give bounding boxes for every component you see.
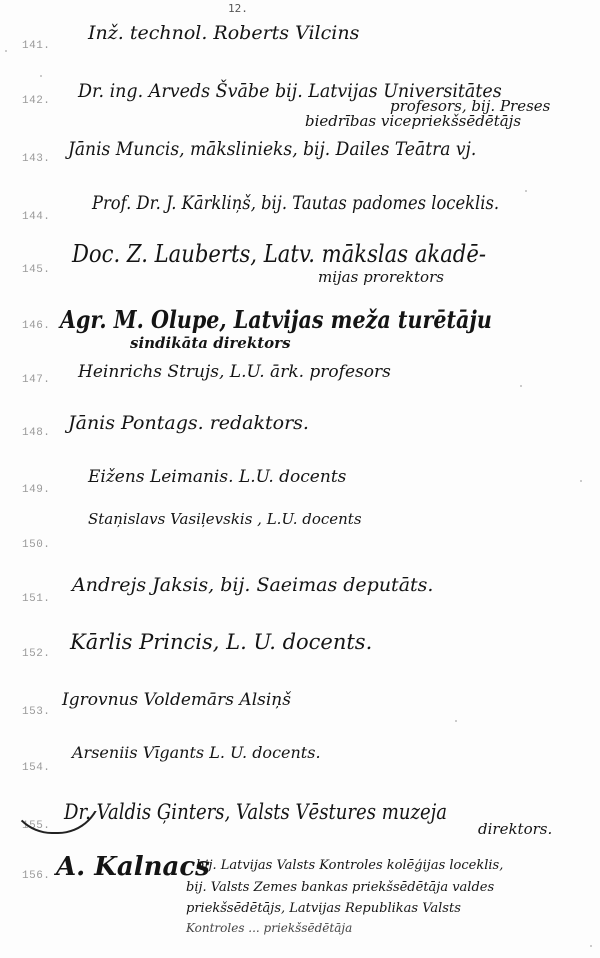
entry-text-line-1: Dr. Valdis Ģinters, Valsts Vēstures muze… (64, 800, 447, 824)
entry-text-line-4: Kontroles ... priekšsēdētāja (186, 921, 352, 935)
entry-text-line-2: sindikāta direktors (130, 334, 291, 352)
signature: A. Kalnacs (56, 852, 210, 882)
scan-speck (525, 190, 527, 192)
entry-text: Arseniis Vīgants L. U. docents. (72, 743, 321, 762)
entry-number: 141. (22, 40, 50, 52)
entry-text: Staņislavs Vasiļevskis , L.U. docents (88, 510, 362, 528)
entry-text: Andrejs Jaksis, bij. Saeimas deputāts. (72, 574, 433, 596)
scan-speck (580, 480, 582, 482)
entry-text-line-3: priekšsēdētājs, Latvijas Republikas Vals… (186, 901, 461, 916)
entry-text-line-1: Agr. M. Olupe, Latvijas meža turētāju (60, 305, 492, 334)
entry-text: Kārlis Princis, L. U. docents. (70, 630, 372, 654)
entry-text-line-2: mijas prorektors (318, 268, 444, 286)
entry-number: 142. (22, 95, 50, 107)
scan-speck (455, 720, 457, 722)
scan-speck (40, 75, 42, 77)
entry-number: 145. (22, 264, 50, 276)
scan-speck (5, 50, 7, 52)
entry-number: 148. (22, 427, 50, 439)
entry-number: 146. (22, 320, 50, 332)
entry-text: Igrovnus Voldemārs Alsiņš (62, 690, 291, 710)
entry-text-line-2: direktors. (478, 820, 552, 838)
scan-speck (590, 945, 592, 947)
entry-number: 150. (22, 539, 50, 551)
entry-text: Eižens Leimanis. L.U. docents (88, 467, 346, 487)
entry-number: 154. (22, 762, 50, 774)
entry-text-line-1: Doc. Z. Lauberts, Latv. mākslas akadē- (72, 240, 486, 268)
page-number: 12. (228, 2, 248, 15)
entry-text-line-3: biedrības vicepriekšsēdētājs (305, 112, 521, 130)
entry-number: 144. (22, 211, 50, 223)
entry-text-line-1: bij. Latvijas Valsts Kontroles kolēģijas… (196, 858, 503, 873)
entry-number: 143. (22, 153, 50, 165)
entry-text: Heinrichs Strujs, L.U. ārk. profesors (78, 362, 391, 382)
entry-number: 152. (22, 648, 50, 660)
entry-number: 153. (22, 706, 50, 718)
entry-text: Inž. technol. Roberts Vilcins (88, 22, 359, 44)
scan-speck (520, 385, 522, 387)
scanned-document-page: 12. 141. Inž. technol. Roberts Vilcins 1… (0, 0, 600, 958)
entry-text-line-2: bij. Valsts Zemes bankas priekšsēdētāja … (186, 880, 494, 895)
entry-text: Jānis Muncis, mākslinieks, bij. Dailes T… (68, 138, 476, 160)
entry-number: 156. (22, 870, 50, 882)
entry-number: 147. (22, 374, 50, 386)
entry-text: Prof. Dr. J. Kārkliņš, bij. Tautas padom… (92, 192, 499, 214)
entry-number: 149. (22, 484, 50, 496)
entry-text: Jānis Pontags. redaktors. (68, 412, 309, 434)
entry-number: 151. (22, 593, 50, 605)
